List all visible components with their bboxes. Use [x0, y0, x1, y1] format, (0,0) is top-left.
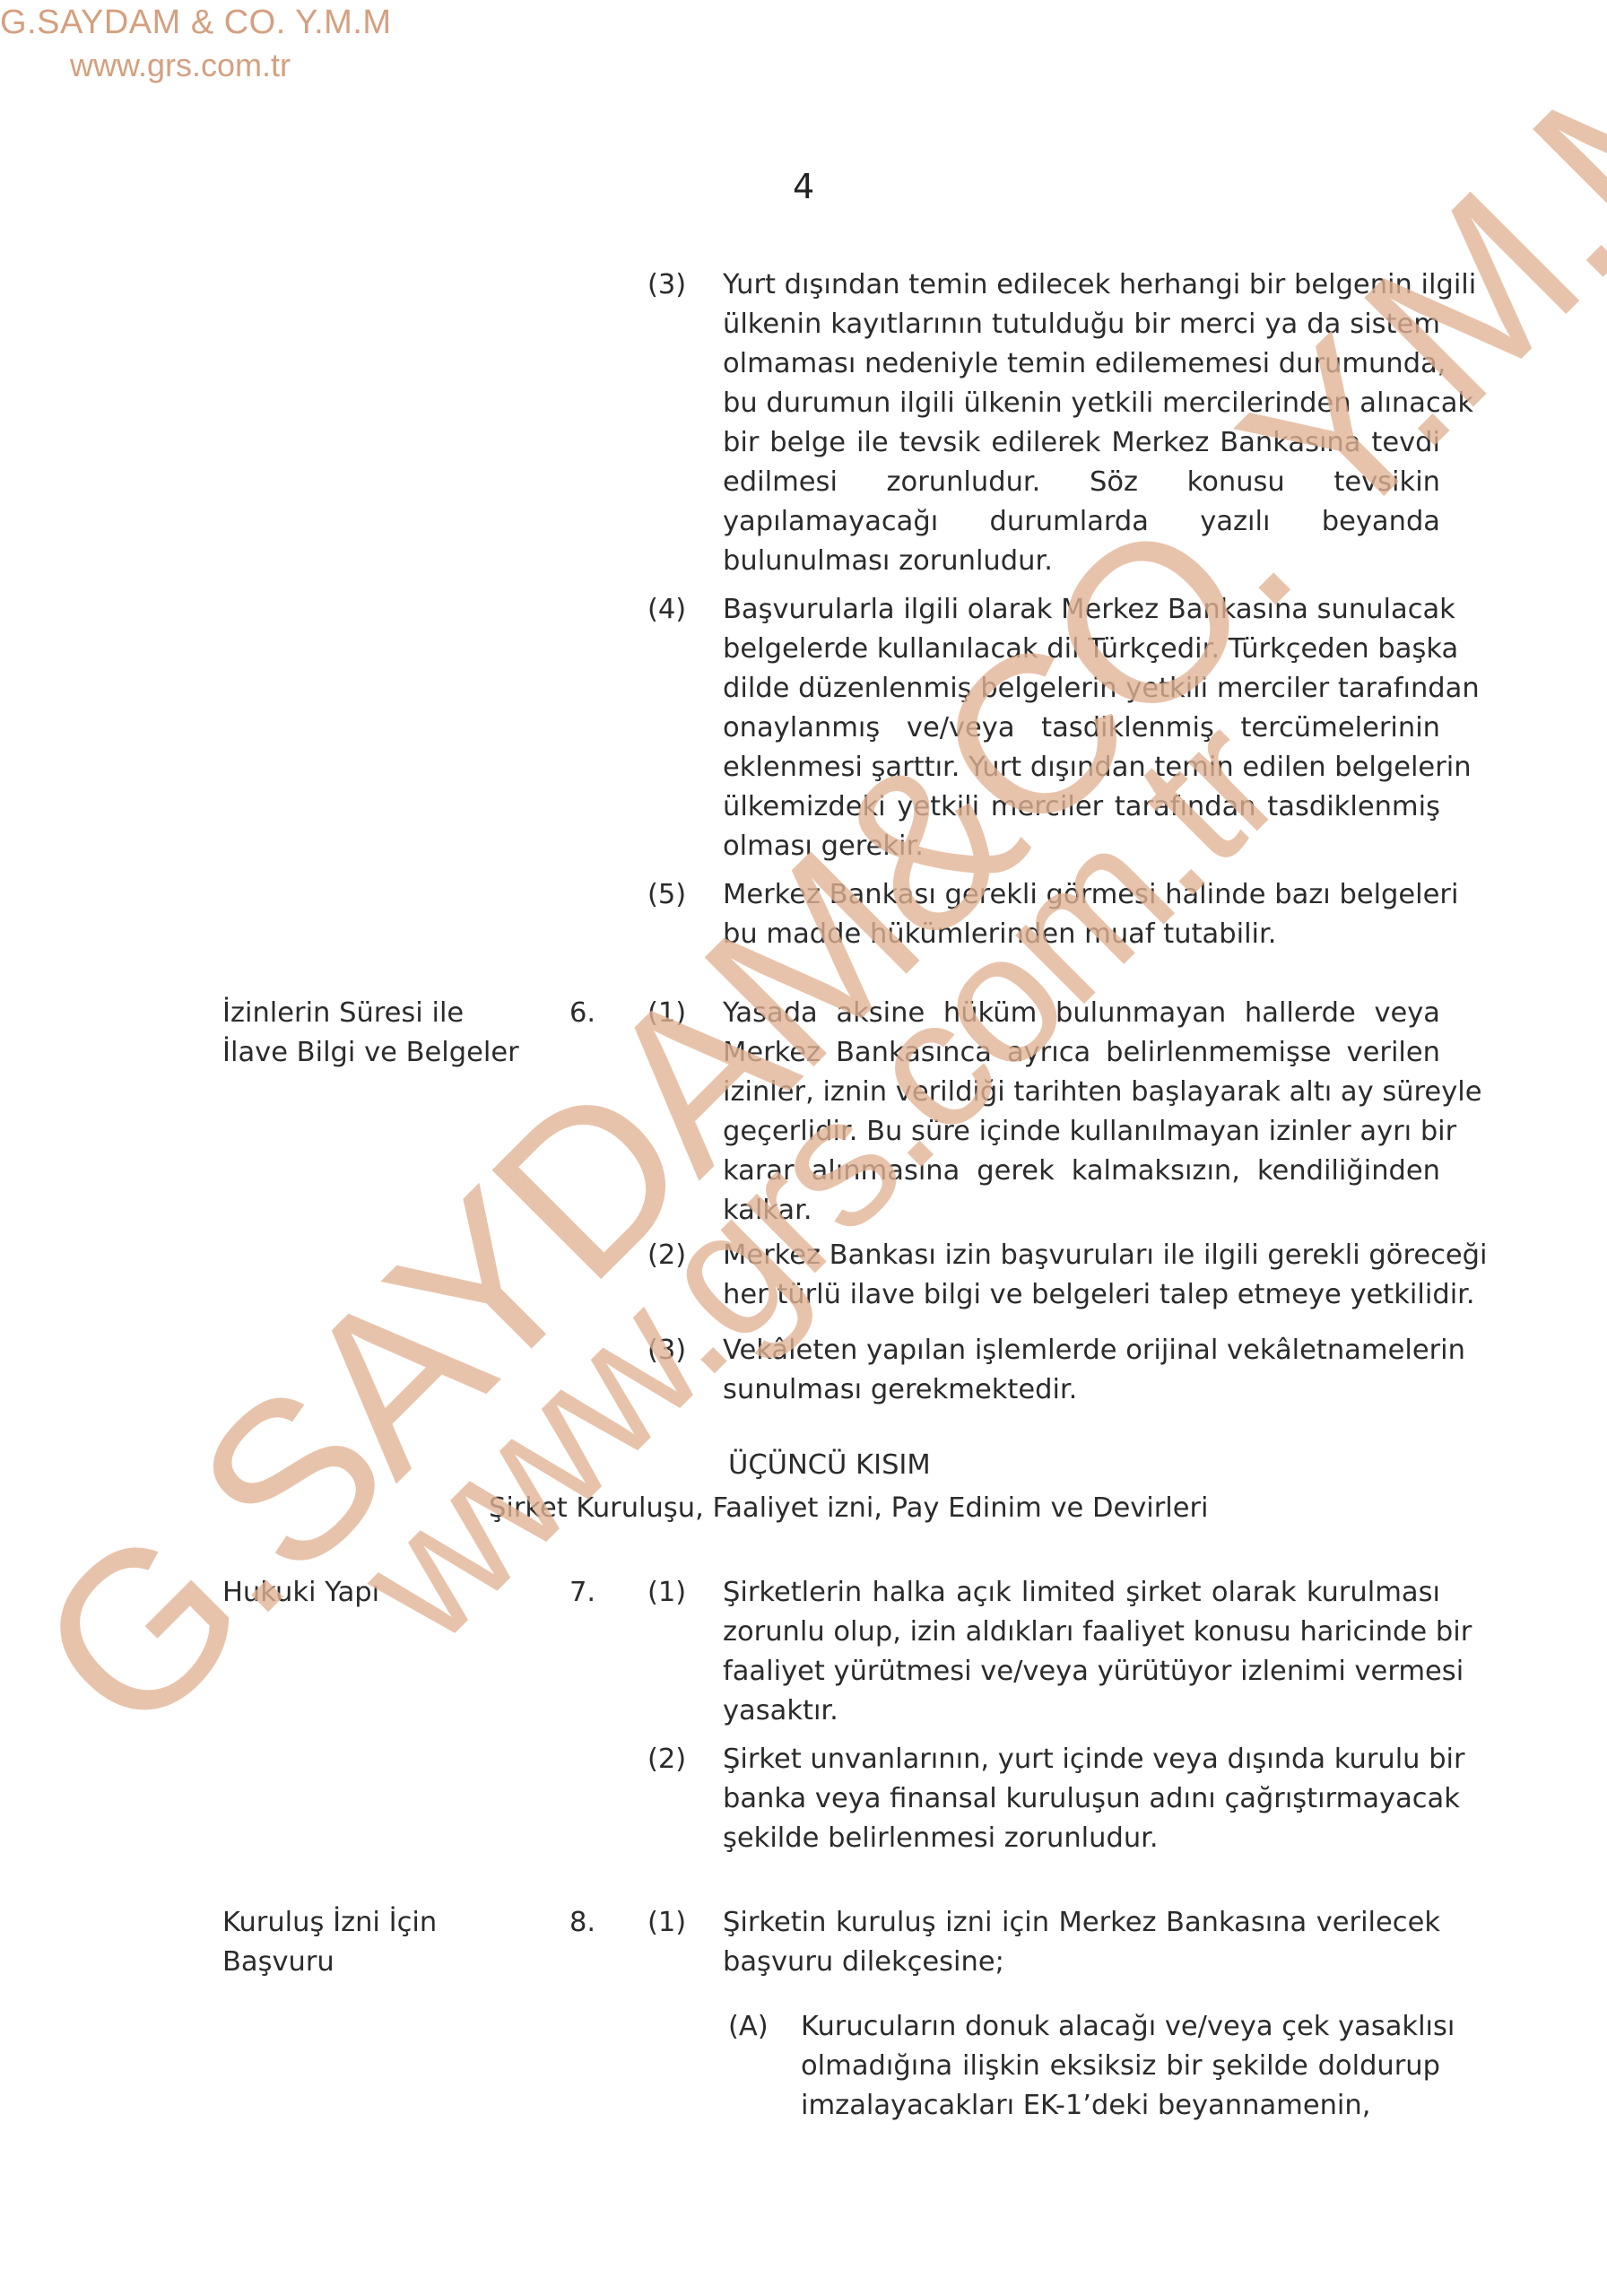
text-line: şekilde belirlenmesi zorunludur. [723, 1819, 1440, 1858]
text-line: Merkez Bankasınca ayrıca belirlenmemişse… [723, 1033, 1440, 1073]
text-line: bu durumun ilgili ülkenin yetkili mercil… [723, 384, 1440, 423]
part-subtitle: Şirket Kuruluşu, Faaliyet izni, Pay Edin… [489, 1489, 1209, 1528]
text-line: ülkemizdeki yetkili merciler tarafından … [723, 787, 1440, 827]
text-line: sunulması gerekmektedir. [723, 1370, 1440, 1410]
firm-name-header: G.SAYDAM & CO. Y.M.M [0, 4, 392, 42]
website-header: www.grs.com.tr [70, 47, 291, 84]
text-line: başvuru dilekçesine; [723, 1943, 1440, 1982]
side-heading: Başvuru [222, 1943, 334, 1982]
text-line: olmadığına ilişkin eksiksiz bir şekilde … [801, 2047, 1440, 2086]
subparagraph-letter: (A) [728, 2007, 769, 2047]
text-line: olması gerekir. [723, 827, 1440, 866]
text-line: bulunulması zorunludur. [723, 542, 1440, 581]
paragraph-number: (1) [647, 1903, 686, 1943]
text-line: yapılamayacağı durumlarda yazılı beyanda [723, 502, 1440, 542]
side-heading: İlave Bilgi ve Belgeler [222, 1033, 519, 1073]
text-line: onaylanmış ve/veya tasdiklenmiş tercümel… [723, 709, 1440, 748]
text-line: Kurucuların donuk alacağı ve/veya çek ya… [801, 2007, 1440, 2047]
article-number: 7. [569, 1573, 595, 1613]
text-line: izinler, iznin verildiği tarihten başlay… [723, 1073, 1440, 1112]
text-line: her türlü ilave bilgi ve belgeleri talep… [723, 1275, 1440, 1315]
text-line: Vekâleten yapılan işlemlerde orijinal ve… [723, 1331, 1440, 1370]
text-line: bir belge ile tevsik edilerek Merkez Ban… [723, 423, 1440, 463]
paragraph-number: (1) [647, 994, 686, 1033]
text-line: Yurt dışından temin edilecek herhangi bi… [723, 265, 1440, 305]
text-line: dilde düzenlenmiş belgelerin yetkili mer… [723, 669, 1440, 709]
text-line: imzalayacakları EK-1’deki beyannamenin, [801, 2086, 1440, 2126]
text-line: eklenmesi şarttır. Yurt dışından temin e… [723, 748, 1440, 787]
text-line: bu madde hükümlerinden muaf tutabilir. [723, 915, 1440, 954]
text-line: zorunlu olup, izin aldıkları faaliyet ko… [723, 1613, 1440, 1652]
text-line: faaliyet yürütmesi ve/veya yürütüyor izl… [723, 1652, 1440, 1692]
part-title: ÜÇÜNCÜ KISIM [728, 1446, 931, 1485]
text-line: edilmesi zorunludur. Söz konusu tevsikin [723, 463, 1440, 502]
paragraph-number: (1) [647, 1573, 686, 1613]
paragraph-number: (3) [647, 265, 686, 305]
text-line: Şirketlerin halka açık limited şirket ol… [723, 1573, 1440, 1613]
text-line: belgelerde kullanılacak dil Türkçedir. T… [723, 630, 1440, 669]
text-line: Şirket unvanlarının, yurt içinde veya dı… [723, 1740, 1440, 1779]
paragraph-number: (5) [647, 875, 686, 915]
text-line: Başvurularla ilgili olarak Merkez Bankas… [723, 590, 1440, 630]
text-line: geçerlidir. Bu süre içinde kullanılmayan… [723, 1112, 1440, 1152]
side-heading: Hukuki Yapı [222, 1573, 379, 1613]
paragraph-number: (2) [647, 1740, 686, 1779]
text-line: Yasada aksine hüküm bulunmayan hallerde … [723, 994, 1440, 1033]
side-heading: İzinlerin Süresi ile [222, 994, 464, 1033]
article-number: 6. [569, 994, 595, 1033]
text-line: banka veya finansal kuruluşun adını çağr… [723, 1779, 1440, 1819]
text-line: olmaması nedeniyle temin edilememesi dur… [723, 344, 1440, 384]
text-line: yasaktır. [723, 1692, 1440, 1731]
paragraph-number: (4) [647, 590, 686, 630]
text-line: ülkenin kayıtlarının tutulduğu bir merci… [723, 305, 1440, 344]
text-line: Merkez Bankası izin başvuruları ile ilgi… [723, 1236, 1440, 1275]
text-line: karar alınmasına gerek kalmaksızın, kend… [723, 1152, 1440, 1191]
side-heading: Kuruluş İzni İçin [222, 1903, 437, 1943]
paragraph-number: (3) [647, 1331, 686, 1370]
page-number: 4 [793, 167, 814, 206]
text-line: Merkez Bankası gerekli görmesi halinde b… [723, 875, 1440, 915]
text-line: Şirketin kuruluş izni için Merkez Bankas… [723, 1903, 1440, 1943]
text-line: kalkar. [723, 1191, 1440, 1231]
article-number: 8. [569, 1903, 595, 1943]
paragraph-number: (2) [647, 1236, 686, 1275]
